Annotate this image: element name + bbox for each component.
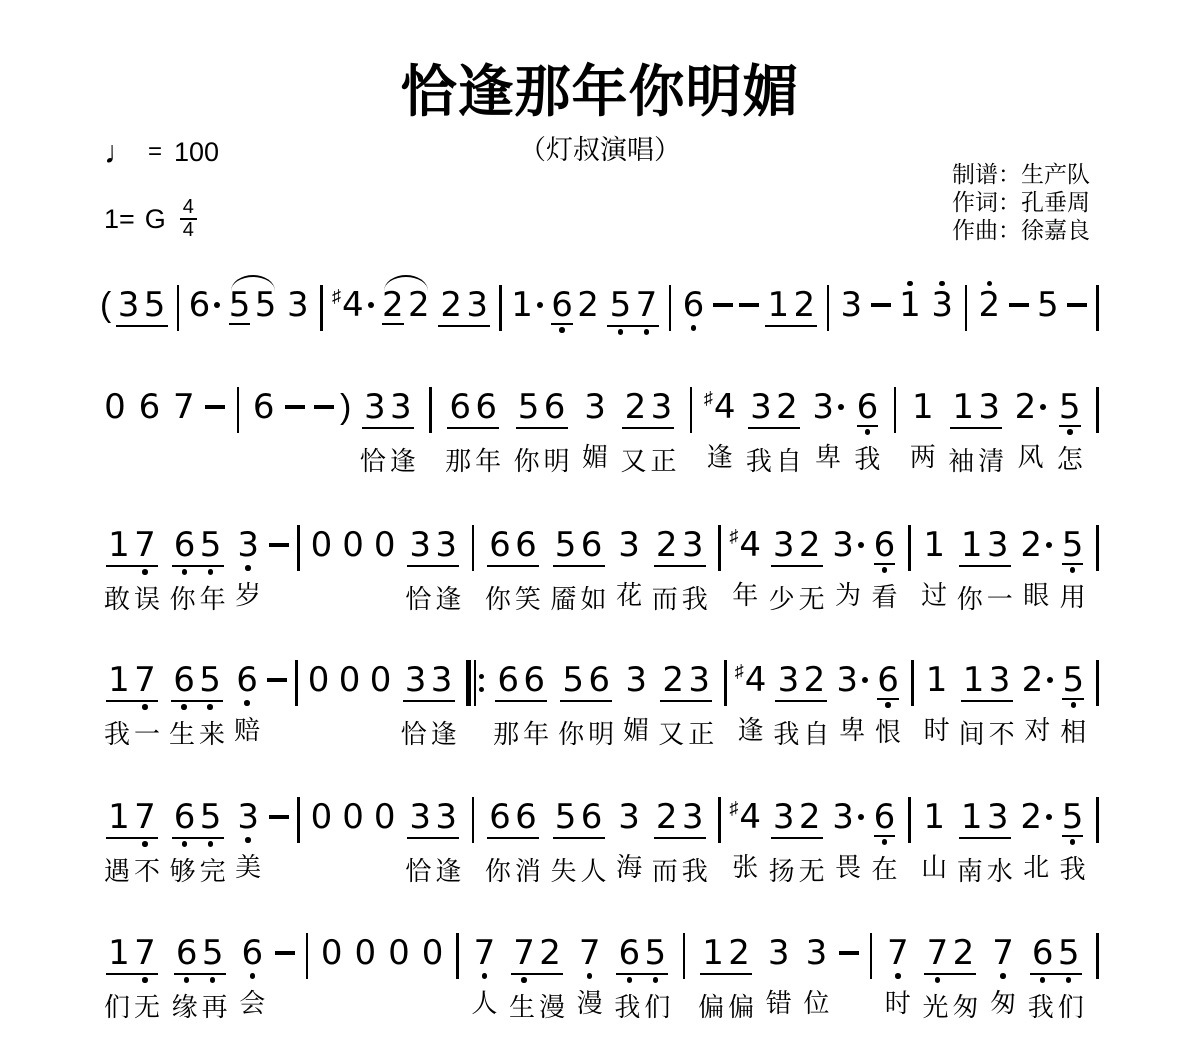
- note: 6: [857, 389, 879, 427]
- note: 7: [992, 935, 1014, 971]
- lyric-row: 岁: [233, 580, 263, 610]
- note-digit: 3: [118, 287, 140, 323]
- low-octave-row: [386, 971, 412, 981]
- note-digit: 0: [388, 935, 410, 971]
- note-cell: 5: [1057, 380, 1083, 427]
- note-digit: 7: [636, 287, 658, 323]
- low-octave-row: [106, 975, 158, 985]
- note-digit: 1: [702, 935, 724, 971]
- lyric: 一: [132, 719, 162, 749]
- note: 3: [931, 287, 953, 323]
- note: 1: [923, 527, 945, 563]
- note: ♯4: [704, 389, 736, 425]
- low-dot-cell: [239, 971, 265, 981]
- note-cell: 2: [791, 278, 817, 323]
- note-digit: 3: [987, 527, 1009, 563]
- note-digit: 0: [374, 527, 396, 563]
- low-dot-cell: [429, 702, 455, 712]
- lyric-row: 你明: [512, 446, 572, 476]
- note: 2: [577, 287, 599, 323]
- note: 5: [229, 287, 251, 325]
- low-dot-cell: [132, 567, 158, 577]
- note-cell: 3: [235, 518, 261, 563]
- note: ♯4: [735, 662, 767, 698]
- note-digit: 3: [989, 662, 1011, 698]
- low-octave-row: [815, 425, 841, 435]
- digit-row: 2: [976, 278, 1002, 323]
- lyric-row: 用: [1058, 582, 1088, 612]
- lyric: 扬: [767, 856, 797, 886]
- note-digit: 6: [1032, 935, 1054, 971]
- note: 5: [1058, 935, 1080, 971]
- sharp-icon: ♯: [729, 799, 738, 817]
- lyric: 偏: [726, 992, 756, 1022]
- lyric: 如: [579, 584, 609, 614]
- octave-dot: [245, 565, 251, 571]
- lyric: 美: [233, 852, 263, 882]
- low-octave-row: [921, 563, 947, 573]
- note-group: 0: [368, 653, 394, 708]
- barline: [499, 285, 502, 331]
- lyric-row: 靥如: [549, 584, 609, 614]
- lyric-row: 赔: [232, 715, 262, 745]
- note-cell: 5: [560, 653, 586, 698]
- lyric-row: 你明: [556, 719, 616, 749]
- low-dot-cell: [368, 698, 394, 708]
- note-group: 5: [1035, 278, 1061, 333]
- lyric: 你: [512, 446, 542, 476]
- barline: [827, 285, 830, 331]
- low-dot-cell: [513, 839, 539, 849]
- note-cell: 3: [803, 926, 829, 971]
- note-digit: 0: [104, 389, 126, 425]
- digit-row: 66: [487, 790, 539, 839]
- digit-row: 57: [607, 278, 659, 327]
- low-octave-row: [961, 702, 1013, 712]
- low-dot-cell: [579, 567, 605, 577]
- note: 6: [497, 662, 519, 698]
- note-digit: 6: [619, 935, 641, 971]
- note-cell: 5: [227, 278, 253, 325]
- barline: [908, 525, 911, 571]
- lyric: 失: [549, 856, 579, 886]
- barline: [1096, 285, 1099, 331]
- digit-row: 65: [172, 518, 224, 567]
- repeat-dots: [479, 660, 484, 706]
- note-group: 6在: [869, 790, 899, 884]
- digit-row: 23: [660, 653, 712, 702]
- note-cell: 5: [1060, 653, 1086, 700]
- note-cell: 2: [654, 790, 680, 835]
- low-octave-row: [174, 975, 226, 985]
- low-dot-cell: [511, 975, 537, 985]
- octave-dot: [895, 973, 901, 979]
- note-digit: 1: [108, 527, 130, 563]
- note-digit: 6: [523, 662, 545, 698]
- low-octave-row: [976, 323, 1002, 333]
- lyric-row: 偏偏: [696, 992, 756, 1022]
- lyric-row: 在: [869, 854, 899, 884]
- note-digit: 3: [651, 389, 673, 425]
- digit-row: 6: [871, 518, 897, 565]
- note-cell: 3: [680, 518, 706, 563]
- note-group: 0: [386, 926, 412, 981]
- note-digit: 6: [236, 662, 258, 698]
- digit-row: 66: [487, 518, 539, 567]
- note: 0: [321, 935, 343, 971]
- lyric: 而: [650, 584, 680, 614]
- note-digit: 6: [874, 527, 896, 563]
- digit-row: 1: [921, 790, 947, 835]
- note-digit: 6: [174, 527, 196, 563]
- low-octave-row: [514, 323, 540, 333]
- note-digit: 6: [489, 527, 511, 563]
- lyric-row: 人: [469, 988, 499, 1018]
- digit-row: 0: [306, 653, 332, 698]
- digit-row: 32: [748, 380, 800, 429]
- barline: [429, 387, 432, 433]
- low-dot-cell: [838, 323, 864, 333]
- meter-numerator: 4: [183, 198, 194, 217]
- note: 0: [104, 389, 126, 425]
- lyric-row: 过: [919, 580, 949, 610]
- barline: [683, 933, 686, 979]
- low-dot-cell: [765, 327, 791, 337]
- note-group: 0: [372, 790, 398, 845]
- digit-row: 2: [1015, 380, 1047, 425]
- low-octave-row: [235, 563, 261, 573]
- low-dot-cell: [950, 975, 976, 985]
- low-octave-row: [319, 971, 345, 981]
- lyric: 恰: [403, 584, 433, 614]
- lyric: 畏: [833, 852, 863, 882]
- note-digit: 1: [923, 799, 945, 835]
- digit-row: 7: [990, 926, 1016, 971]
- note: 3: [584, 389, 606, 425]
- low-octave-row: [1023, 563, 1049, 573]
- lyric: 年: [198, 584, 228, 614]
- digit-row: 35: [116, 278, 168, 327]
- note: 5: [255, 287, 277, 323]
- low-octave-row: [1035, 323, 1061, 333]
- note-cell: 2: [774, 380, 800, 425]
- note-cell: 2: [654, 518, 680, 563]
- lyric-row: 会: [237, 988, 267, 1018]
- note: 6: [241, 935, 263, 971]
- low-dot-cell: [106, 567, 132, 577]
- note: 0: [422, 935, 444, 971]
- low-dot-cell: [622, 429, 648, 439]
- lyric: 你: [483, 584, 513, 614]
- low-octave-row: [337, 698, 363, 708]
- note: 1: [963, 662, 985, 698]
- low-octave-row: [854, 427, 880, 437]
- note-group: 72生漫: [507, 926, 567, 1022]
- note: 1: [912, 389, 934, 425]
- music-line: 17遇不65够完3美00033恰逢66你消56失人3海23而我♯4张32扬无3畏…: [100, 790, 1104, 886]
- note-digit: 3: [682, 799, 704, 835]
- note-group: 6会: [237, 926, 267, 1018]
- low-octave-row: [553, 567, 605, 577]
- note-group: 6我: [852, 380, 882, 474]
- note-digit: 1: [961, 527, 983, 563]
- lyric: 又: [656, 719, 686, 749]
- low-dot-cell: [990, 971, 1016, 981]
- low-octave-row: [738, 698, 764, 708]
- note-group: 6: [136, 380, 162, 435]
- note-digit: 0: [370, 662, 392, 698]
- low-dot-cell: [738, 698, 764, 708]
- low-octave-row: [487, 567, 539, 577]
- low-octave-row: [732, 563, 758, 573]
- dash-note: [269, 543, 289, 547]
- tempo-bpm: 100: [174, 137, 219, 168]
- note: 3: [841, 287, 863, 323]
- digit-row: 17: [106, 790, 158, 839]
- note-cell: 0: [340, 790, 366, 835]
- low-octave-row: [929, 323, 955, 333]
- digit-row: 0: [308, 518, 334, 563]
- note-cell: 7: [885, 926, 911, 971]
- lyric-row: 那年: [443, 446, 503, 476]
- note-digit: 0: [342, 527, 364, 563]
- note-group: 13南水: [955, 790, 1015, 886]
- note-digit: 3: [405, 662, 427, 698]
- note-cell: 6: [513, 790, 539, 835]
- note-digit: 2: [799, 527, 821, 563]
- lyric: 那: [443, 446, 473, 476]
- note-digit: 3: [773, 799, 795, 835]
- octave-dot: [559, 327, 565, 333]
- note-digit: 6: [588, 662, 610, 698]
- lyric: 正: [648, 446, 678, 476]
- note-cell: 3: [433, 518, 459, 563]
- note-digit: 5: [144, 287, 166, 323]
- low-dot-cell: [337, 698, 363, 708]
- augmentation-dot: [858, 542, 864, 548]
- lyric: 年: [473, 446, 503, 476]
- digit-row: 12: [700, 926, 752, 975]
- tempo-marking: ♩ = 100: [104, 136, 219, 168]
- note-cell: 6: [875, 653, 901, 700]
- note: 3: [651, 389, 673, 425]
- low-dot-cell: [748, 429, 774, 439]
- lyric-row: 卑: [837, 715, 867, 745]
- note-cell: 1: [921, 518, 947, 563]
- octave-dot: [521, 977, 527, 983]
- digit-row: ♯4: [735, 653, 767, 698]
- low-dot-cell: [654, 567, 680, 577]
- note: 2: [440, 287, 462, 323]
- note-cell: 3: [464, 278, 490, 323]
- note-group: 72光匆: [920, 926, 980, 1022]
- low-dot-cell: [352, 971, 378, 981]
- lyric: 两: [908, 442, 938, 472]
- lyric: 相: [1058, 717, 1088, 747]
- note: 2: [1020, 527, 1052, 563]
- barline: [237, 387, 240, 433]
- low-dot-cell: [198, 839, 224, 849]
- note: 1: [923, 799, 945, 835]
- note-cell: 2: [726, 926, 752, 971]
- note-cell: 5: [553, 790, 579, 835]
- note: 6: [1032, 935, 1054, 971]
- digit-row: 3: [836, 653, 868, 698]
- lyric: 们: [642, 992, 672, 1022]
- lyric: 袖: [946, 446, 976, 476]
- lyric: 会: [237, 988, 267, 1018]
- note-cell: 3: [285, 278, 311, 323]
- note-group: 5怎: [1055, 380, 1085, 474]
- low-octave-row: [407, 839, 459, 849]
- low-octave-row: [191, 323, 217, 333]
- low-dot-cell: [553, 839, 579, 849]
- digit-row: 23: [622, 380, 674, 429]
- note-group: 2眼: [1020, 518, 1052, 610]
- note-digit: 6: [173, 662, 195, 698]
- note: 3: [405, 662, 427, 698]
- low-dot-cell: [340, 323, 366, 333]
- low-octave-row: [616, 975, 668, 985]
- note-cell: 6: [680, 278, 706, 323]
- note-digit: 1: [912, 389, 934, 425]
- low-dot-cell: [775, 702, 801, 712]
- low-octave-row: [340, 563, 366, 573]
- note-group: 56失人: [549, 790, 609, 886]
- barline: [908, 797, 911, 843]
- lyric: 漫: [537, 992, 567, 1022]
- lyric: 时: [883, 988, 913, 1018]
- lyric: 生: [507, 992, 537, 1022]
- note: 0: [388, 935, 410, 971]
- low-dot-cell: [871, 565, 897, 575]
- digit-row: 56: [553, 790, 605, 839]
- digit-row: 3: [803, 926, 829, 971]
- digit-row: 0: [372, 790, 398, 835]
- note: 2: [776, 389, 798, 425]
- lyric: 恰: [358, 446, 388, 476]
- lyric: 我: [680, 584, 710, 614]
- digit-row: 3: [832, 518, 864, 563]
- low-dot-cell: [340, 835, 366, 845]
- note: 0: [311, 799, 333, 835]
- note-group: 32我自: [744, 380, 804, 476]
- note-cell: 5: [198, 790, 224, 835]
- lyric-row: 错: [764, 988, 794, 1018]
- low-dot-cell: [815, 425, 841, 435]
- octave-dot: [208, 569, 214, 575]
- note-digit: 5: [555, 527, 577, 563]
- note: 5: [202, 935, 224, 971]
- note-digit: 3: [435, 799, 457, 835]
- note-cell: 3: [832, 790, 864, 835]
- note-group: 0: [308, 790, 334, 845]
- note-digit: 6: [176, 935, 198, 971]
- low-dot-cell: [174, 975, 200, 985]
- note-digit: 3: [409, 799, 431, 835]
- low-dot-cell: [766, 971, 792, 981]
- octave-dot: [250, 973, 256, 979]
- digit-row: 5: [1035, 278, 1061, 323]
- note: 1: [511, 287, 543, 323]
- low-dot-cell: [700, 975, 726, 985]
- lyric: 又: [618, 446, 648, 476]
- note-group: 5用: [1058, 518, 1088, 612]
- low-octave-row: [495, 702, 547, 712]
- note-digit: 3: [987, 799, 1009, 835]
- note-cell: 1: [700, 926, 726, 971]
- lyric-row: 恨: [873, 717, 903, 747]
- octave-dot: [865, 429, 871, 435]
- note-cell: ♯4: [729, 518, 761, 563]
- lyric-row: 我们: [1026, 992, 1086, 1022]
- low-octave-row: [680, 323, 706, 333]
- note-cell: 2: [797, 518, 823, 563]
- note-group: 6: [189, 278, 221, 333]
- digit-row: 32: [775, 653, 827, 702]
- note-group: ♯4逢: [704, 380, 736, 472]
- lyric: 少: [767, 584, 797, 614]
- digit-row: 3: [812, 380, 844, 425]
- note-group: 0: [352, 926, 378, 981]
- note-group: 12: [765, 278, 817, 337]
- note-cell: 3: [929, 278, 955, 323]
- low-dot-cell: [197, 702, 223, 712]
- lyric-row: 两: [908, 442, 938, 472]
- note-group: 2对: [1022, 653, 1054, 745]
- note-cell: 5: [1056, 926, 1082, 971]
- note-digit: 5: [562, 662, 584, 698]
- note-cell: 6: [1030, 926, 1056, 971]
- note: 3: [618, 527, 640, 563]
- digit-row: 0: [337, 653, 363, 698]
- low-dot-cell: [797, 567, 823, 577]
- barline: [320, 285, 323, 331]
- augmentation-dot: [368, 302, 374, 308]
- note-digit: 6: [581, 799, 603, 835]
- lyric-row: 南水: [955, 856, 1015, 886]
- low-dot-cell: [897, 323, 923, 333]
- note-cell: 0: [308, 790, 334, 835]
- note-digit: 3: [688, 662, 710, 698]
- dash-note: [739, 303, 759, 307]
- low-octave-row: [910, 425, 936, 435]
- lyric-row: 漫: [575, 988, 605, 1018]
- note-cell: 1: [106, 790, 132, 835]
- lyric-row: 花: [614, 580, 644, 610]
- note-group: 1时: [922, 653, 952, 745]
- note-group: 3位: [801, 926, 831, 1018]
- augmentation-dot: [537, 302, 543, 308]
- lyric: 你: [168, 584, 198, 614]
- lyric-row: 袖清: [946, 446, 1006, 476]
- note-digit: 0: [374, 799, 396, 835]
- note-digit: 4: [739, 799, 761, 835]
- note: 5: [200, 799, 222, 835]
- digit-row: 12: [765, 278, 817, 327]
- digit-row: 13: [959, 518, 1011, 567]
- note-digit: 7: [134, 799, 156, 835]
- low-octave-row: [748, 429, 800, 439]
- octave-dot: [182, 569, 188, 575]
- low-dot-cell: [251, 425, 277, 435]
- low-dot-cell: [686, 702, 712, 712]
- note: 6: [189, 287, 221, 323]
- low-octave-row: [106, 702, 158, 712]
- parenthesis: ): [340, 389, 351, 425]
- low-octave-row: [838, 323, 864, 333]
- lyric: 我: [1026, 992, 1056, 1022]
